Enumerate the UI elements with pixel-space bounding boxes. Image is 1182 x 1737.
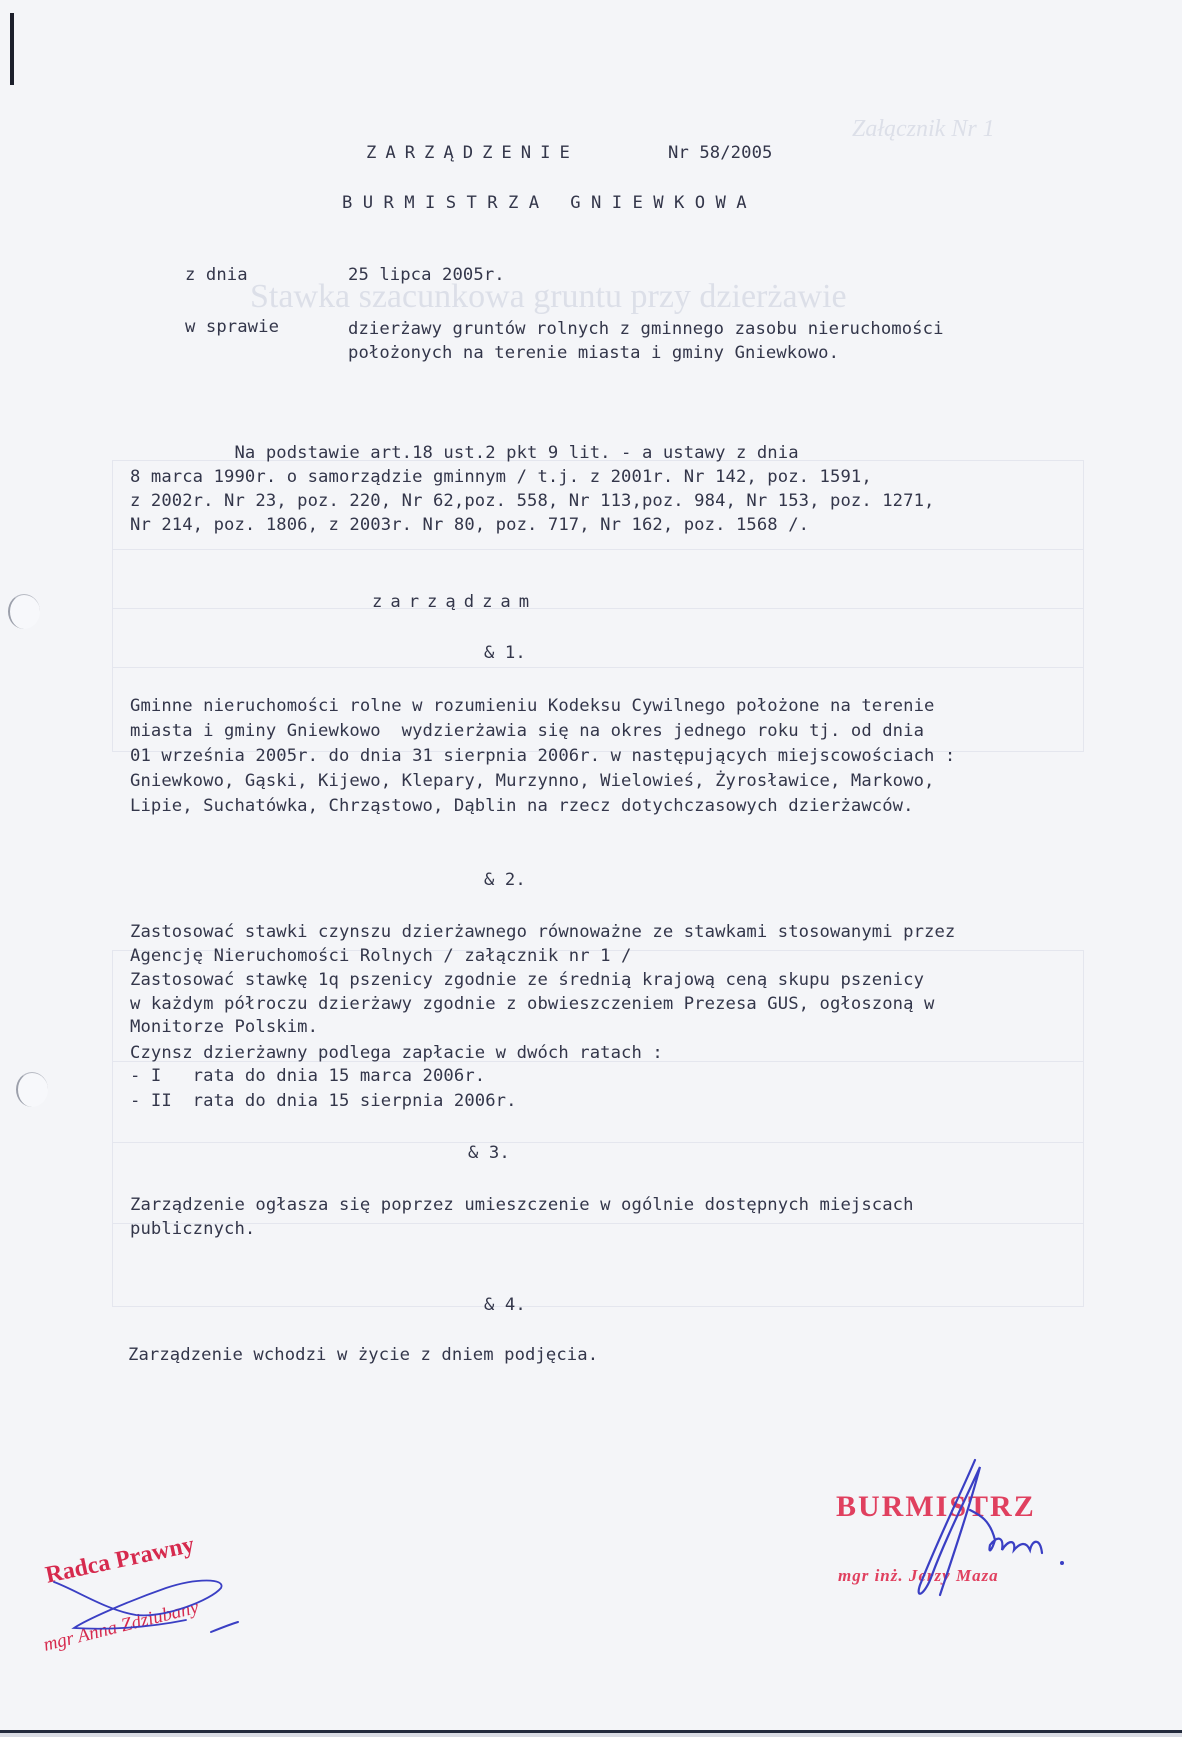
legal-basis-line: Na podstawie art.18 ust.2 pkt 9 lit. - a…	[130, 442, 799, 464]
section-1-line: Gniewkowo, Gąski, Kijewo, Klepary, Murzy…	[130, 770, 934, 792]
section-4-line: Zarządzenie wchodzi w życie z dniem podj…	[128, 1344, 598, 1366]
date-label: z dnia	[185, 264, 248, 286]
section-2-line: - I rata do dnia 15 marca 2006r.	[130, 1065, 485, 1087]
legal-basis-line: Nr 214, poz. 1806, z 2003r. Nr 80, poz. …	[130, 514, 809, 536]
mayor-stamp-title: BURMISTRZ	[836, 1490, 1036, 1524]
document-issuer: BURMISTRZA GNIEWKOWA	[342, 192, 757, 214]
subject-label: w sprawie	[185, 316, 279, 338]
section-2-line: w każdym półroczu dzierżawy zgodnie z ob…	[130, 993, 934, 1015]
section-2-line: Agencję Nieruchomości Rolnych / załączni…	[130, 945, 632, 967]
scanner-bed	[0, 1733, 1182, 1737]
section-mark: & 2.	[484, 869, 526, 891]
subject-line: położonych na terenie miasta i gminy Gni…	[348, 342, 839, 364]
legal-counsel-stamp-name: mgr Anna Zdziubany	[41, 1597, 201, 1657]
legal-counsel-stamp-title: Radca Prawny	[43, 1532, 197, 1590]
section-mark: & 1.	[484, 642, 526, 664]
scanned-page: Załącznik Nr 1 Stawka szacunkowa gruntu …	[0, 0, 1182, 1730]
section-3-line: publicznych.	[130, 1218, 255, 1240]
mayor-signature	[880, 1455, 1080, 1615]
subject-line: dzierżawy gruntów rolnych z gminnego zas…	[348, 318, 944, 340]
binder-mark	[10, 13, 14, 85]
show-through-attachment-label: Załącznik Nr 1	[852, 116, 995, 143]
document-number: Nr 58/2005	[668, 142, 772, 164]
show-through-heading: Stawka szacunkowa gruntu przy dzierżawie	[250, 278, 847, 316]
legal-basis-line: z 2002r. Nr 23, poz. 220, Nr 62,poz. 558…	[130, 490, 934, 512]
section-2-line: Monitorze Polskim.	[130, 1016, 318, 1038]
section-mark: & 4.	[484, 1294, 526, 1316]
section-1-line: Gminne nieruchomości rolne w rozumieniu …	[130, 695, 934, 717]
section-3-line: Zarządzenie ogłasza się poprzez umieszcz…	[130, 1194, 914, 1216]
mayor-stamp: BURMISTRZ mgr inż. Jerzy Maza	[836, 1490, 1036, 1524]
date-value: 25 lipca 2005r.	[348, 264, 505, 286]
section-1-line: 01 września 2005r. do dnia 31 sierpnia 2…	[130, 745, 955, 767]
decree-word: zarządzam	[372, 591, 537, 613]
section-2-line: Zastosować stawkę 1q pszenicy zgodnie ze…	[130, 969, 924, 991]
section-mark: & 3.	[468, 1142, 510, 1164]
section-1-line: miasta i gminy Gniewkowo wydzierżawia si…	[130, 720, 924, 742]
section-2-line: Czynsz dzierżawny podlega zapłacie w dwó…	[130, 1042, 663, 1064]
section-2-line: Zastosować stawki czynszu dzierżawnego r…	[130, 921, 955, 943]
punch-hole-top	[8, 594, 40, 629]
legal-basis-line: 8 marca 1990r. o samorządzie gminnym / t…	[130, 466, 872, 488]
section-1-line: Lipie, Suchatówka, Chrząstowo, Dąblin na…	[130, 795, 914, 817]
mayor-stamp-name: mgr inż. Jerzy Maza	[838, 1566, 999, 1586]
punch-hole-bottom	[16, 1072, 48, 1107]
document-title: ZARZĄDZENIE	[366, 142, 579, 164]
section-2-line: - II rata do dnia 15 sierpnia 2006r.	[130, 1090, 517, 1112]
